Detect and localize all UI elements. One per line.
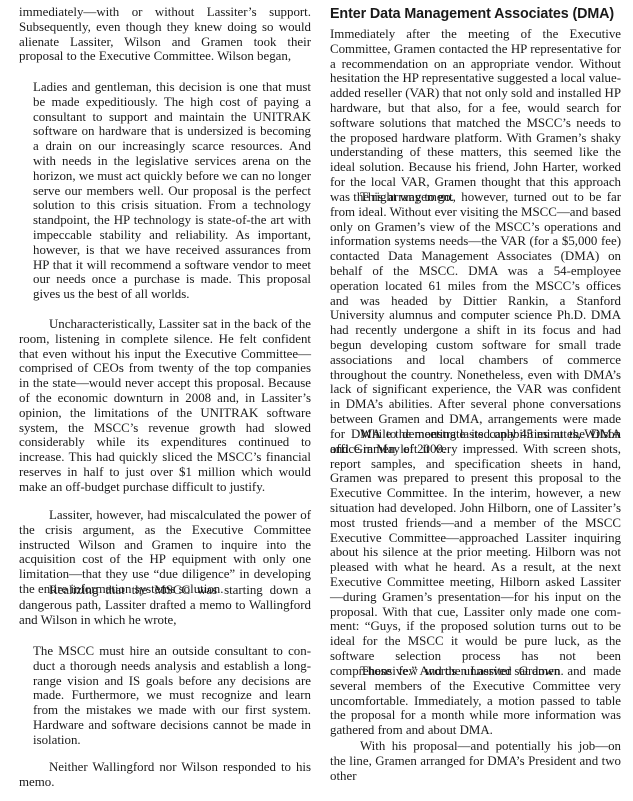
blockquote-lassiter-memo: The MSCC must hire an outside consultant… — [33, 644, 311, 748]
paragraph-hp-recommendation: Immediately after the meeting of the Exe… — [330, 27, 621, 205]
paragraph-words-unnerved: Those few words unnerved Gramen and made… — [330, 664, 621, 738]
document-page: immediately—with or without Lassiter’s s… — [0, 0, 633, 801]
paragraph-meeting-impressed: While the meeting lasted only 45 minutes… — [330, 427, 621, 679]
paragraph-dma-arrangement: This arrangement, however, turned out to… — [330, 190, 621, 456]
paragraph-memo-intro: Realizing that the MSCC was starting dow… — [19, 583, 311, 627]
paragraph-lassiter-silence: Uncharacteristically, Lassiter sat in th… — [19, 317, 311, 495]
paragraph-continuation: immediately—with or without Lassiter’s s… — [19, 5, 311, 64]
blockquote-wilson-speech: Ladies and gentleman, this decision is o… — [33, 80, 311, 302]
section-heading: Enter Data Management Associates (DMA) — [330, 6, 621, 22]
paragraph-no-response: Neither Wallingford nor Wilson responded… — [19, 760, 311, 790]
paragraph-proposal-on-line: With his proposal—and potentially his jo… — [330, 739, 621, 783]
